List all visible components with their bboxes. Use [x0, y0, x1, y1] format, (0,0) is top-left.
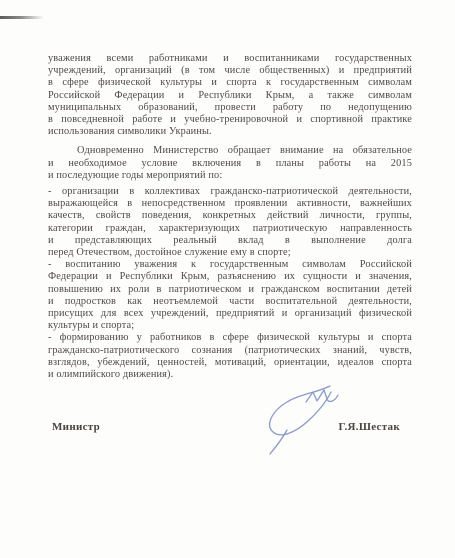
- letter-body: уважения всеми работниками и воспитанник…: [48, 53, 412, 381]
- bullet-item-upbringing: - воспитанию уважения к государственным …: [48, 259, 412, 332]
- text-line: в повседневной работе и учебно-тренирово…: [48, 114, 412, 126]
- text-line: и подростков как неотъемлемой части восп…: [48, 296, 412, 308]
- text-line: и необходимое условие включения в планы …: [48, 158, 412, 170]
- text-line: качеств, свойств поведения, конкретных д…: [48, 210, 412, 222]
- minister-title: Министр: [52, 421, 100, 433]
- text-line: гражданско-патриотического сознания (пат…: [48, 345, 412, 357]
- text-line: учреждений, организаций (в том числе общ…: [48, 65, 412, 77]
- signature-block: Министр Г.Я.Шестак: [52, 421, 400, 433]
- text-line: перед Отечеством, достойное служение ему…: [48, 247, 412, 259]
- text-line: уважения всеми работниками и воспитанник…: [48, 53, 412, 65]
- text-line: присущих для всех учреждений, предприяти…: [48, 308, 412, 320]
- signature-stroke: [270, 430, 287, 454]
- text-line: в сфере физической культуры и спорта к г…: [48, 77, 412, 89]
- text-line: Российской Федерации и Республики Крым, …: [48, 90, 412, 102]
- scanned-letter-page: уважения всеми работниками и воспитанник…: [0, 0, 455, 558]
- paragraph-symbols-respect: уважения всеми работниками и воспитанник…: [48, 53, 412, 138]
- text-line: повышению их роли в патриотическом и гра…: [48, 284, 412, 296]
- signature-stroke: [306, 390, 338, 402]
- bullet-list: - организации в коллективах гражданско-п…: [48, 186, 412, 381]
- text-line: культуры и спорта;: [48, 320, 412, 332]
- text-line: - организации в коллективах гражданско-п…: [48, 186, 412, 198]
- signature: [256, 370, 344, 456]
- bullet-item-organization: - организации в коллективах гражданско-п…: [48, 186, 412, 259]
- text-line: и олимпийского движения).: [48, 369, 412, 381]
- text-line: Одновременно Министерство обращает внима…: [48, 145, 412, 157]
- minister-name: Г.Я.Шестак: [338, 421, 400, 433]
- scan-artifact-line: [0, 16, 46, 19]
- paragraph-ministry-attention: Одновременно Министерство обращает внима…: [48, 145, 412, 182]
- bullet-item-formation: - формированию у работников в сфере физи…: [48, 332, 412, 381]
- text-line: муниципальных образований, провести рабо…: [48, 102, 412, 114]
- text-line: категории граждан, характеризующих патри…: [48, 223, 412, 235]
- text-line: выражающейся в непосредственном проявлен…: [48, 198, 412, 210]
- text-line: и последующие годы мероприятий по:: [48, 170, 412, 182]
- text-line: Федерации и Республики Крым, разъяснению…: [48, 271, 412, 283]
- text-line: использования символики Украины.: [48, 126, 412, 138]
- text-line: взглядов, убеждений, ценностей, мотиваци…: [48, 357, 412, 369]
- text-line: - воспитанию уважения к государственным …: [48, 259, 412, 271]
- text-line: и представляющих реальный вклад в выполн…: [48, 235, 412, 247]
- text-line: - формированию у работников в сфере физи…: [48, 332, 412, 344]
